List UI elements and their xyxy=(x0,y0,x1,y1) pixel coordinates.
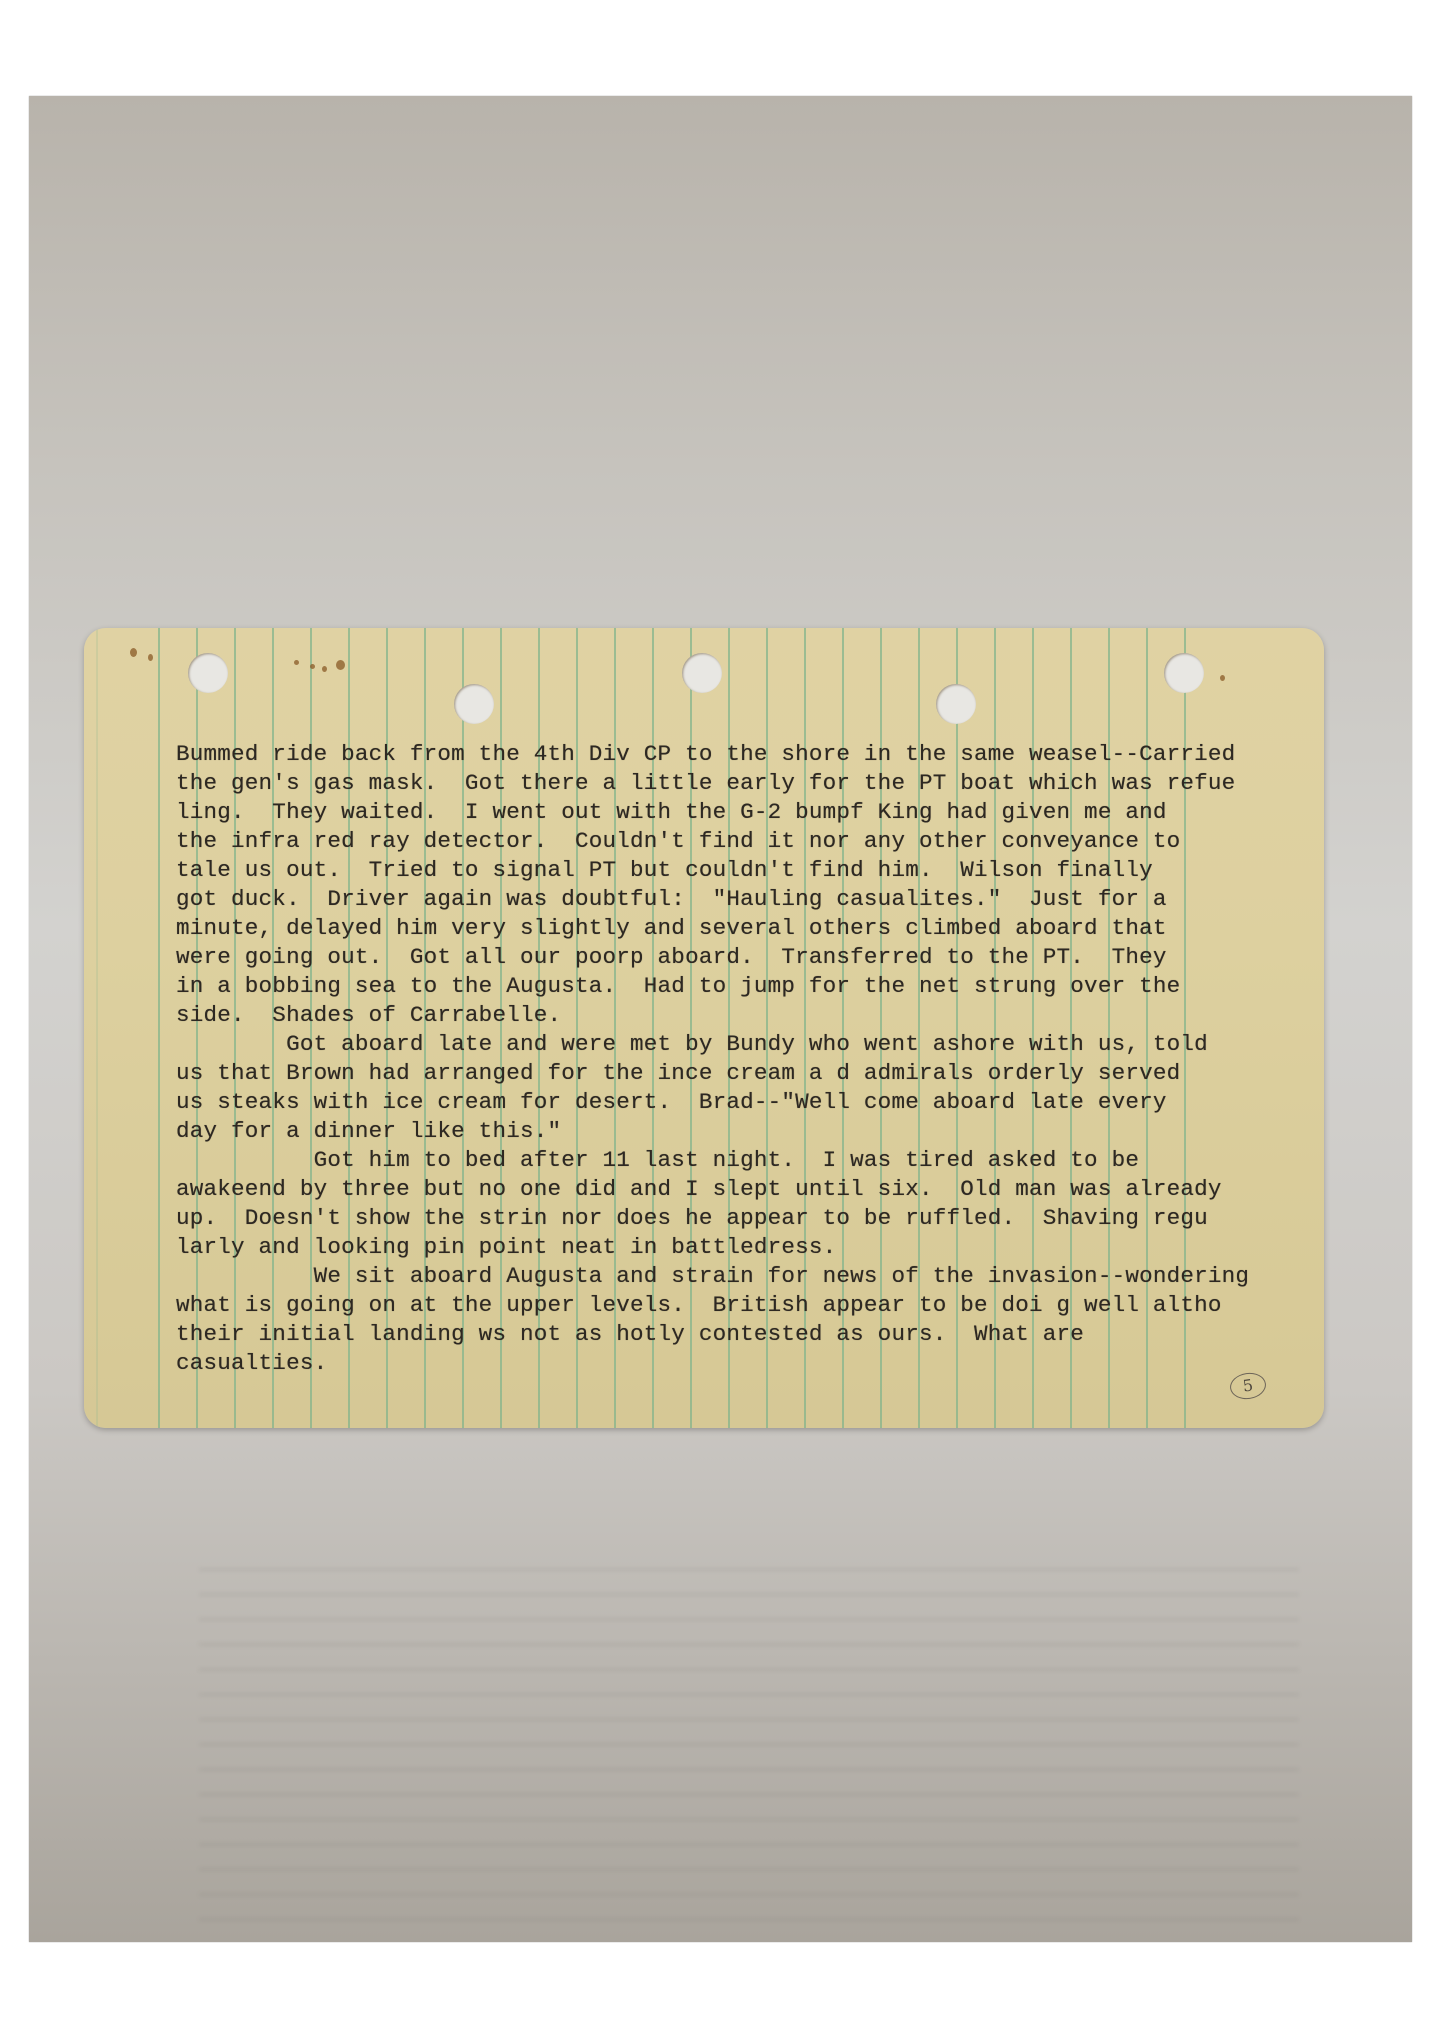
punch-hole xyxy=(1164,653,1204,693)
rust-stain xyxy=(322,666,327,672)
punch-hole xyxy=(454,684,494,724)
text-line: casualties. xyxy=(176,1349,1306,1378)
rust-stain xyxy=(336,660,345,670)
text-line: Got him to bed after 11 last night. I wa… xyxy=(176,1146,1306,1175)
rust-stain xyxy=(130,648,137,657)
text-line: were going out. Got all our poorp aboard… xyxy=(176,943,1306,972)
text-line: side. Shades of Carrabelle. xyxy=(176,1001,1306,1030)
index-card: Bummed ride back from the 4th Div CP to … xyxy=(84,628,1324,1428)
text-line: We sit aboard Augusta and strain for new… xyxy=(176,1262,1306,1291)
text-line: us that Brown had arranged for the ince … xyxy=(176,1059,1306,1088)
rust-stain xyxy=(310,664,315,669)
text-line: tale us out. Tried to signal PT but coul… xyxy=(176,856,1306,885)
text-line: their initial landing ws not as hotly co… xyxy=(176,1320,1306,1349)
punch-hole xyxy=(188,653,228,693)
typed-text: Bummed ride back from the 4th Div CP to … xyxy=(176,740,1306,1378)
bleed-through-text xyxy=(199,1546,1299,1926)
rust-stain xyxy=(1220,675,1225,681)
text-line: us steaks with ice cream for desert. Bra… xyxy=(176,1088,1306,1117)
punch-hole xyxy=(682,653,722,693)
text-line: larly and looking pin point neat in batt… xyxy=(176,1233,1306,1262)
rust-stain xyxy=(148,654,153,661)
text-line: in a bobbing sea to the Augusta. Had to … xyxy=(176,972,1306,1001)
text-line: ling. They waited. I went out with the G… xyxy=(176,798,1306,827)
text-line: got duck. Driver again was doubtful: "Ha… xyxy=(176,885,1306,914)
text-line: awakeend by three but no one did and I s… xyxy=(176,1175,1306,1204)
text-line: up. Doesn't show the strin nor does he a… xyxy=(176,1204,1306,1233)
text-line: Bummed ride back from the 4th Div CP to … xyxy=(176,740,1306,769)
text-line: the gen's gas mask. Got there a little e… xyxy=(176,769,1306,798)
text-line: minute, delayed him very slightly and se… xyxy=(176,914,1306,943)
text-line: what is going on at the upper levels. Br… xyxy=(176,1291,1306,1320)
punch-hole xyxy=(936,684,976,724)
text-line: Got aboard late and were met by Bundy wh… xyxy=(176,1030,1306,1059)
text-line: the infra red ray detector. Couldn't fin… xyxy=(176,827,1306,856)
rust-stain xyxy=(294,660,299,665)
text-line: day for a dinner like this." xyxy=(176,1117,1306,1146)
